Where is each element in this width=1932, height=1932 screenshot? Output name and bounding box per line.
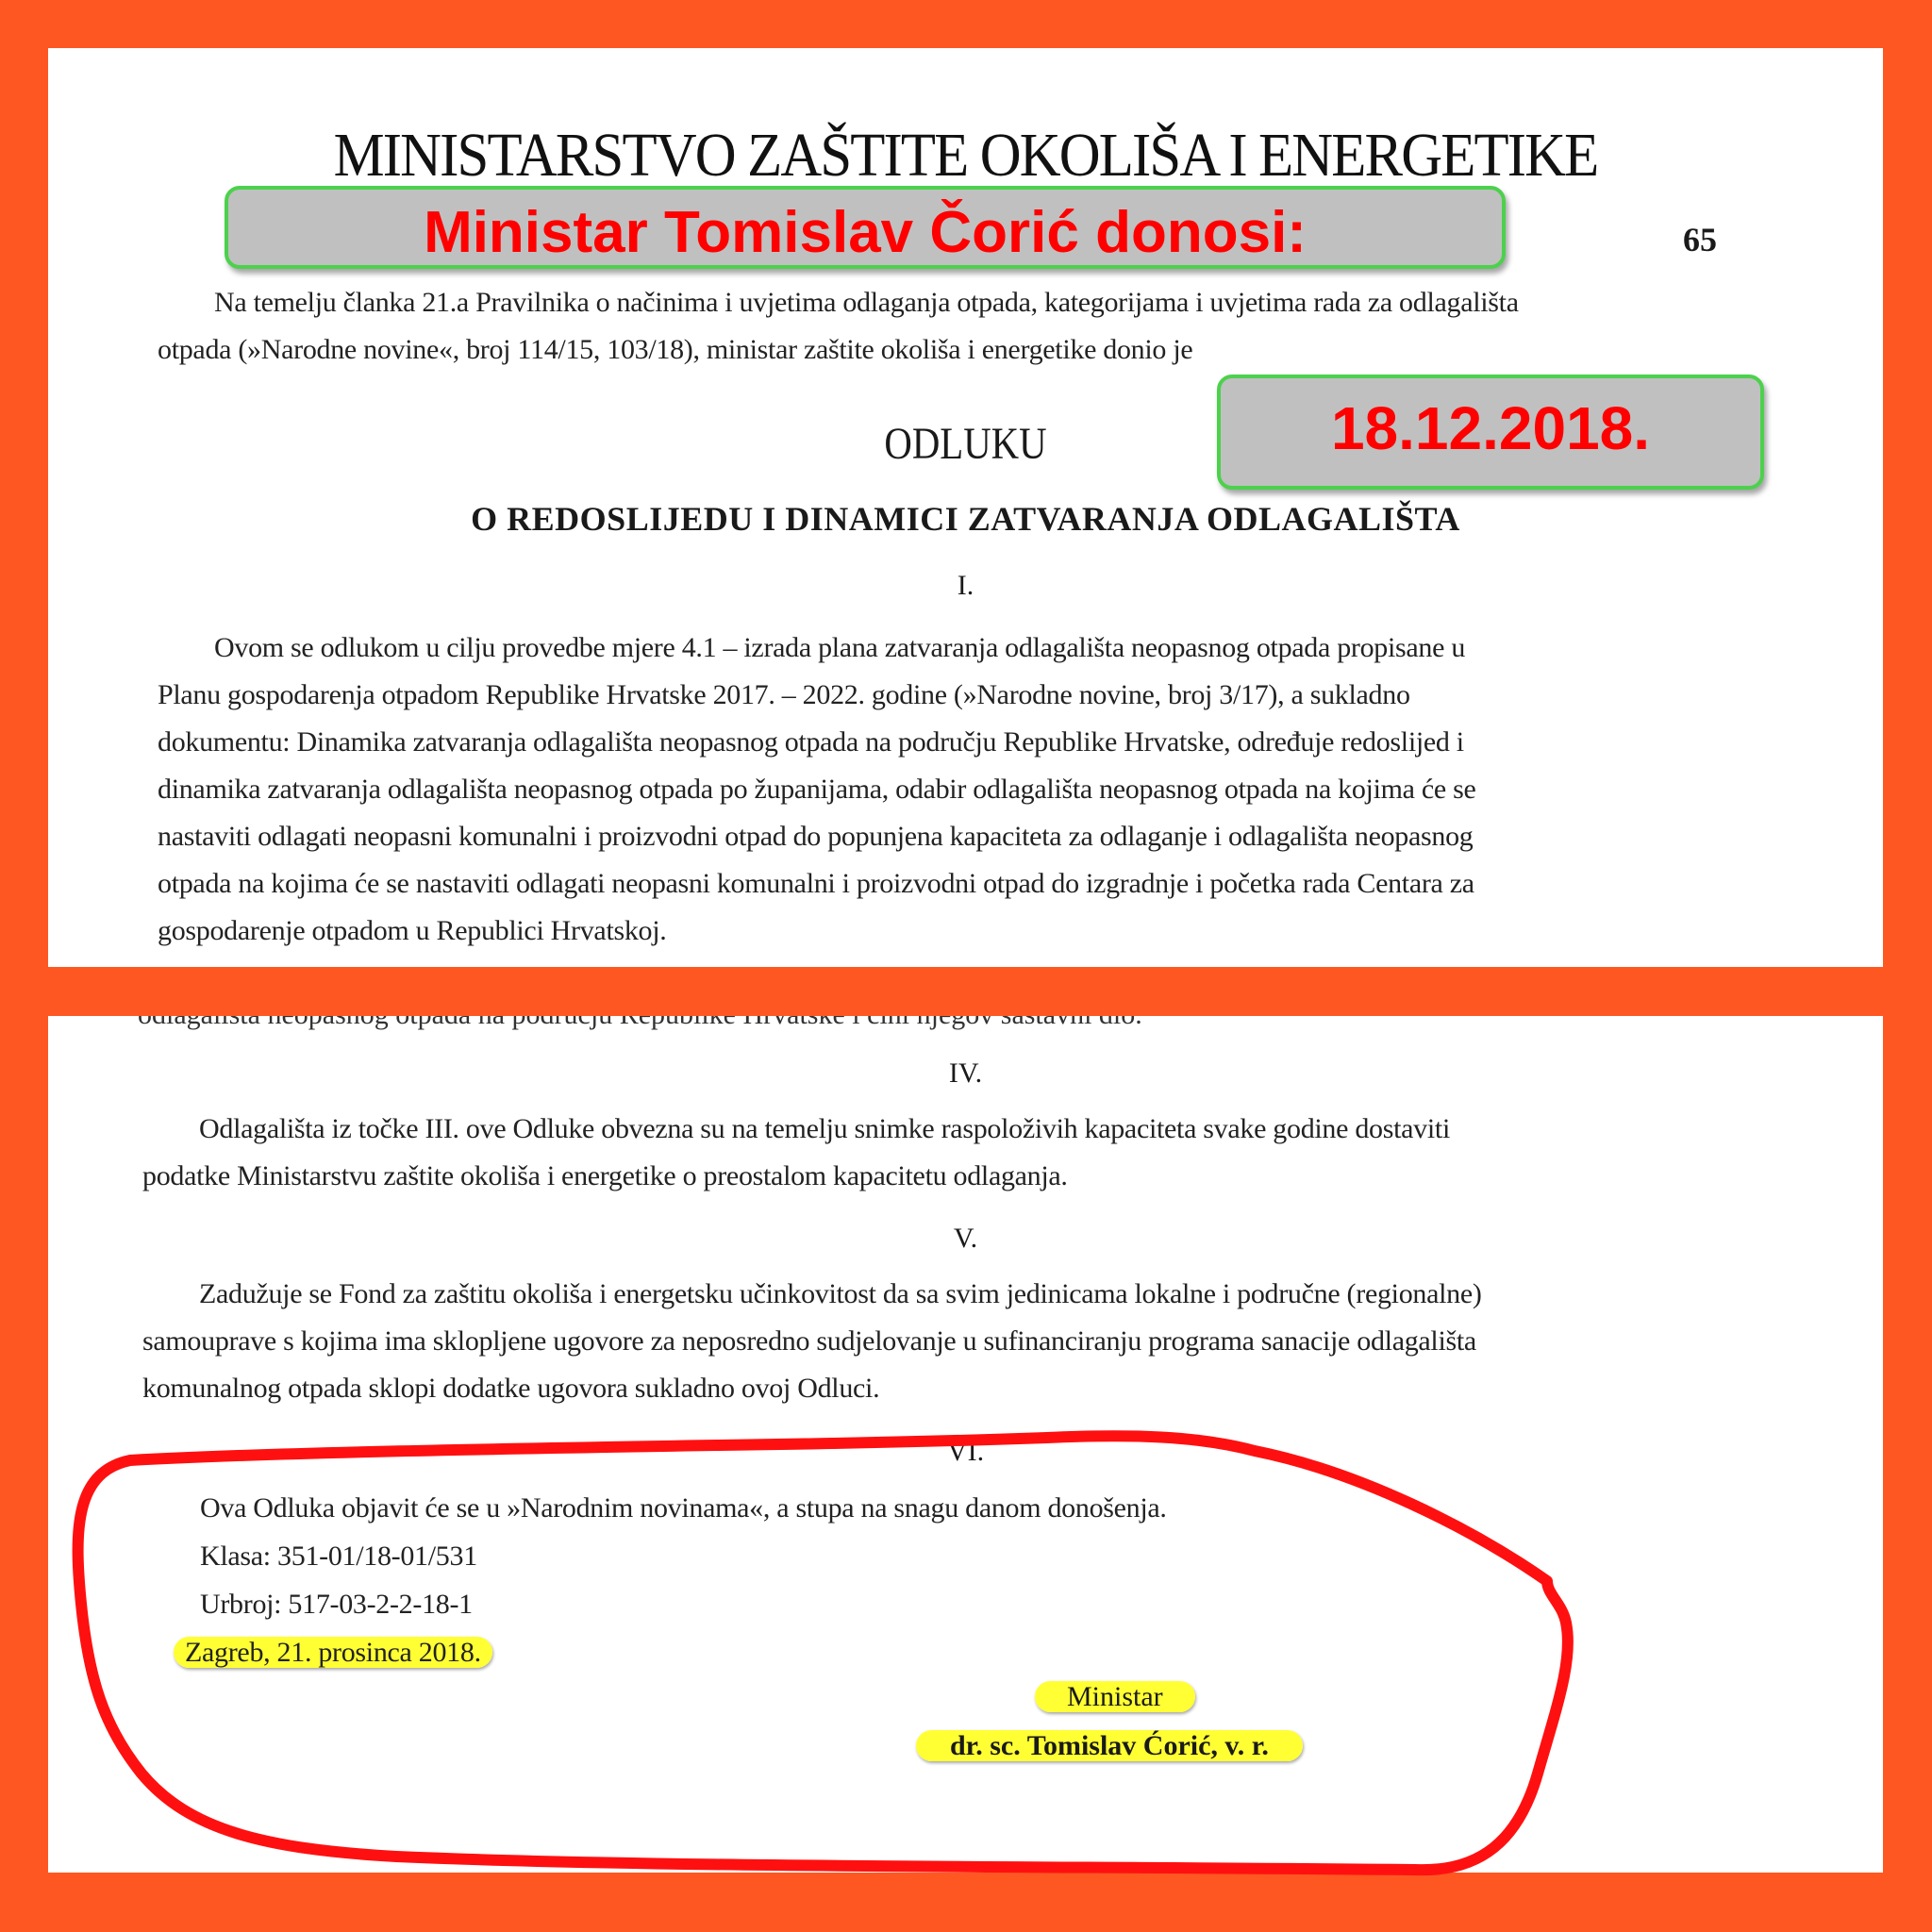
- paragraph-line: komunalnog otpada sklopi dodatke ugovora…: [142, 1365, 1482, 1412]
- place-date: Zagreb, 21. prosinca 2018.: [174, 1629, 492, 1676]
- section-i-paragraph: Ovom se odlukom u cilju provedbe mjere 4…: [158, 625, 1476, 955]
- section-number-v: V.: [48, 1223, 1883, 1255]
- minister-callout-text: Ministar Tomislav Čorić donosi:: [424, 199, 1307, 266]
- klasa-reference: Klasa: 351-01/18-01/531: [200, 1533, 477, 1580]
- section-vi-text: Ova Odluka objavit će se u »Narodnim nov…: [200, 1485, 1167, 1532]
- paragraph-line: otpada na kojima će se nastaviti odlagat…: [158, 860, 1476, 908]
- paragraph-line: Ovom se odlukom u cilju provedbe mjere 4…: [158, 625, 1476, 672]
- minister-callout-label: Ministar Tomislav Čorić donosi:: [225, 186, 1506, 269]
- urbroj-reference: Urbroj: 517-03-2-2-18-1: [200, 1581, 473, 1628]
- cut-off-text-line: odlagališta neopasnog otpada na području…: [138, 1016, 1142, 1031]
- section-iv-paragraph: Odlagališta iz točke III. ove Odluke obv…: [142, 1106, 1450, 1200]
- page-number: 65: [1683, 220, 1717, 259]
- preamble-line: Na temelju članka 21.a Pravilnika o nači…: [158, 279, 1519, 326]
- paragraph-line: dinamika zatvaranja odlagališta neopasno…: [158, 766, 1476, 813]
- document-subheading: O REDOSLIJEDU I DINAMICI ZATVARANJA ODLA…: [48, 499, 1883, 539]
- highlighted-place-date: Zagreb, 21. prosinca 2018.: [174, 1637, 492, 1668]
- highlighted-signature-name: dr. sc. Tomislav Ćorić, v. r.: [916, 1730, 1303, 1761]
- section-number-vi: VI.: [48, 1436, 1883, 1468]
- paragraph-line: Odlagališta iz točke III. ove Odluke obv…: [142, 1106, 1450, 1153]
- document-excerpt-top: MINISTARSTVO ZAŠTITE OKOLIŠA I ENERGETIK…: [48, 48, 1883, 967]
- preamble: Na temelju članka 21.a Pravilnika o nači…: [158, 279, 1519, 374]
- paragraph-line: gospodarenje otpadom u Republici Hrvatsk…: [158, 908, 1476, 955]
- paragraph-line: podatke Ministarstvu zaštite okoliša i e…: [142, 1153, 1450, 1200]
- section-number-i: I.: [48, 570, 1883, 602]
- signature-title: Ministar: [1035, 1681, 1195, 1713]
- paragraph-line: samouprave s kojima ima sklopljene ugovo…: [142, 1318, 1482, 1365]
- paragraph-line: nastaviti odlagati neopasni komunalni i …: [158, 813, 1476, 860]
- paragraph-line: dokumentu: Dinamika zatvaranja odlagališ…: [158, 719, 1476, 766]
- highlighted-signature-title: Ministar: [1035, 1681, 1195, 1712]
- document-heading: ODLUKU: [186, 418, 1745, 470]
- paragraph-line: Planu gospodarenja otpadom Republike Hrv…: [158, 672, 1476, 719]
- preamble-line: otpada (»Narodne novine«, broj 114/15, 1…: [158, 326, 1519, 374]
- section-v-paragraph: Zadužuje se Fond za zaštitu okoliša i en…: [142, 1271, 1482, 1412]
- signature-name: dr. sc. Tomislav Ćorić, v. r.: [916, 1730, 1303, 1762]
- document-excerpt-bottom: odlagališta neopasnog otpada na području…: [48, 1016, 1883, 1873]
- section-number-iv: IV.: [48, 1058, 1883, 1090]
- ministry-title: MINISTARSTVO ZAŠTITE OKOLIŠA I ENERGETIK…: [122, 120, 1809, 192]
- paragraph-line: Zadužuje se Fond za zaštitu okoliša i en…: [142, 1271, 1482, 1318]
